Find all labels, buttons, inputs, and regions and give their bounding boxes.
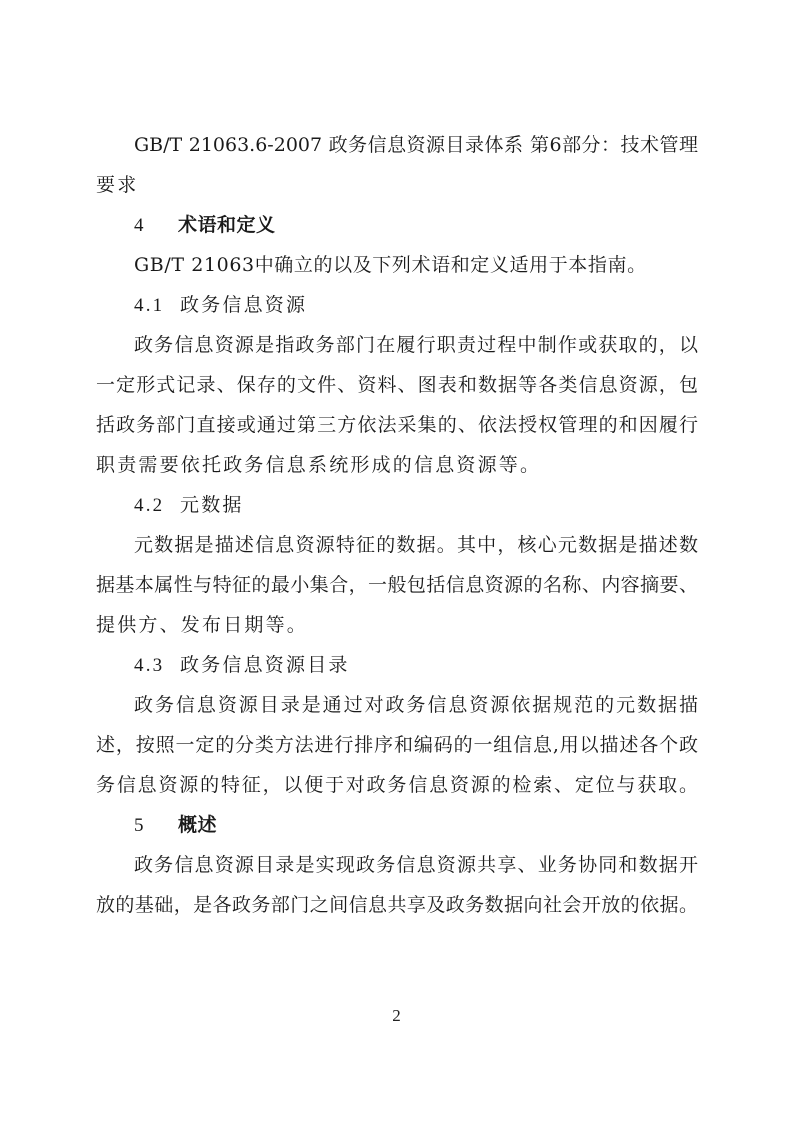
paragraph-line: 元数据是描述信息资源特征的数据。其中，核心元数据是描述数 xyxy=(96,525,698,565)
paragraph-line: 政务信息资源目录是实现政务信息资源共享、业务协同和数据开 xyxy=(96,845,698,885)
paragraph-line: 政务信息资源目录是通过对政务信息资源依据规范的元数据描 xyxy=(96,685,698,725)
reference-line-continued: 要求 xyxy=(96,165,698,205)
paragraph-line: 务信息资源的特征，以便于对政务信息资源的检索、定位与获取。 xyxy=(96,765,698,805)
subsection-number: 4.1 xyxy=(134,286,180,326)
paragraph-line: 述，按照一定的分类方法进行排序和编码的一组信息,用以描述各个政 xyxy=(96,725,698,765)
paragraph-line: 一定形式记录、保存的文件、资料、图表和数据等各类信息资源，包 xyxy=(96,365,698,405)
subsection-title: 元数据 xyxy=(180,494,244,516)
subsection-4-2-heading: 4.2元数据 xyxy=(96,485,698,525)
paragraph-line: 提供方、发布日期等。 xyxy=(96,605,698,645)
section-title: 术语和定义 xyxy=(178,214,276,236)
reference-line: GB/T 21063.6-2007 政务信息资源目录体系 第6部分：技术管理 xyxy=(96,125,698,165)
page-number: 2 xyxy=(0,1006,793,1026)
paragraph-line: 放的基础，是各政务部门之间信息共享及政务数据向社会开放的依据。 xyxy=(96,885,698,925)
section-number: 4 xyxy=(134,206,178,246)
section-title: 概述 xyxy=(178,814,217,836)
section-5-heading: 5概述 xyxy=(96,805,698,845)
subsection-4-1-heading: 4.1政务信息资源 xyxy=(96,285,698,325)
paragraph-line: 据基本属性与特征的最小集合，一般包括信息资源的名称、内容摘要、 xyxy=(96,565,698,605)
section-4-intro: GB/T 21063中确立的以及下列术语和定义适用于本指南。 xyxy=(96,245,698,285)
subsection-number: 4.3 xyxy=(134,646,180,686)
subsection-title: 政务信息资源 xyxy=(180,294,307,316)
document-page: GB/T 21063.6-2007 政务信息资源目录体系 第6部分：技术管理 要… xyxy=(96,125,698,925)
paragraph-line: 政务信息资源是指政务部门在履行职责过程中制作或获取的，以 xyxy=(96,325,698,365)
paragraph-line: 职责需要依托政务信息系统形成的信息资源等。 xyxy=(96,445,698,485)
section-4-heading: 4术语和定义 xyxy=(96,205,698,245)
section-number: 5 xyxy=(134,806,178,846)
subsection-title: 政务信息资源目录 xyxy=(180,654,350,676)
subsection-number: 4.2 xyxy=(134,486,180,526)
paragraph-line: 括政务部门直接或通过第三方依法采集的、依法授权管理的和因履行 xyxy=(96,405,698,445)
subsection-4-3-heading: 4.3政务信息资源目录 xyxy=(96,645,698,685)
